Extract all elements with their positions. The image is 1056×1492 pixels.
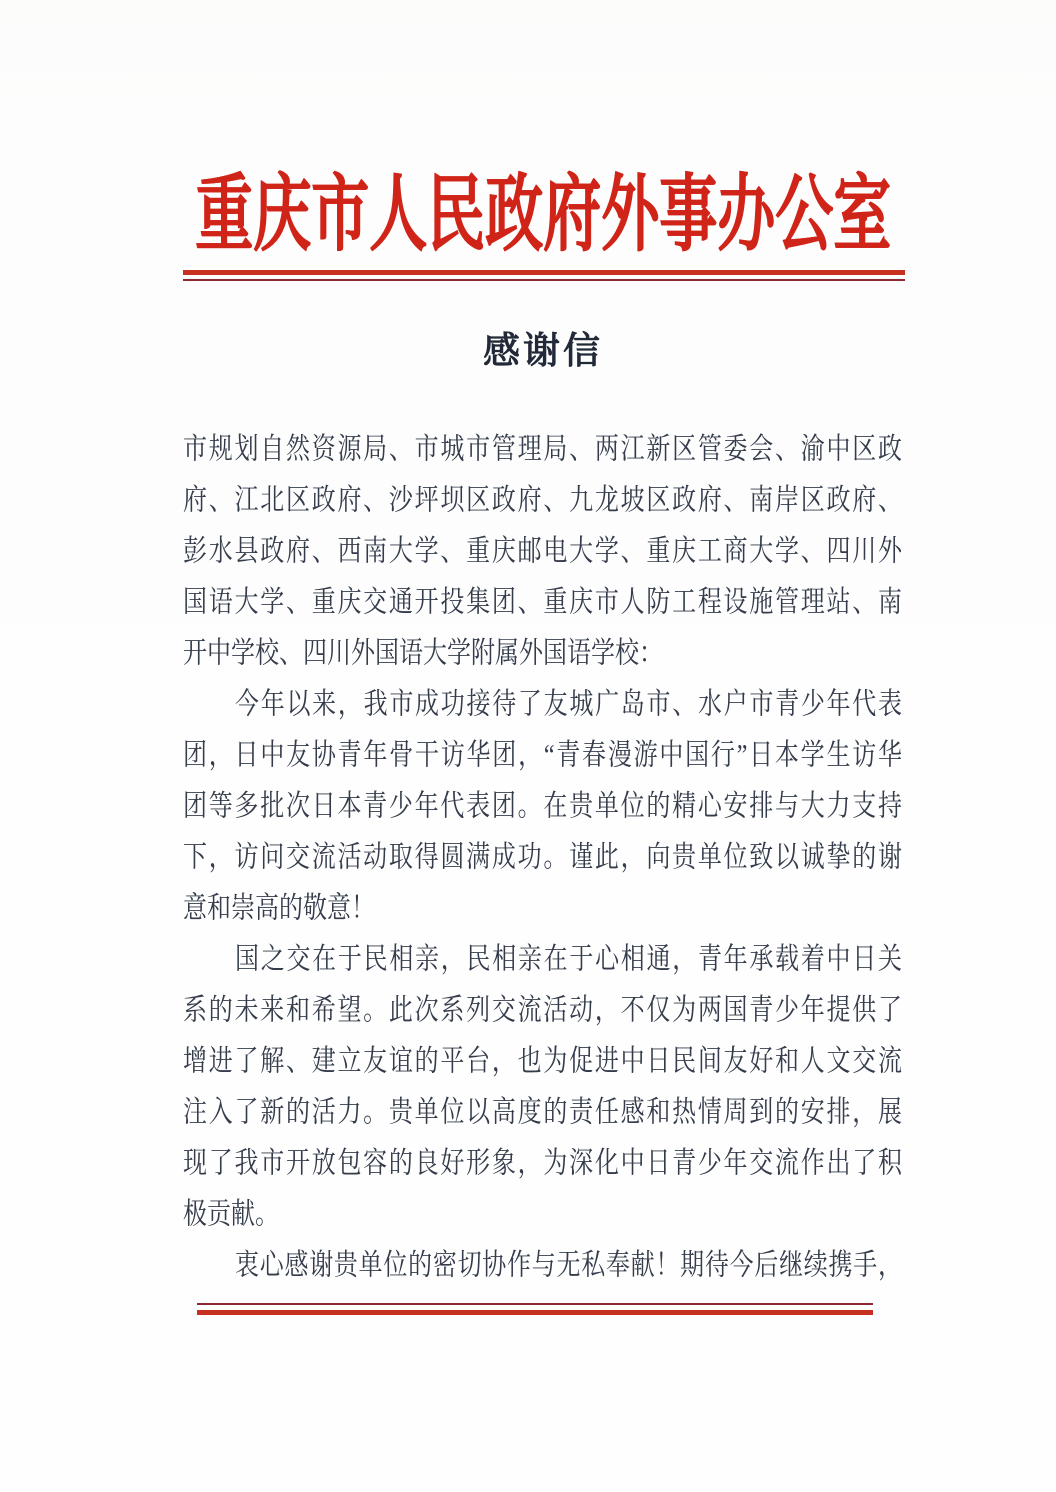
letter-title: 感谢信 bbox=[183, 330, 903, 374]
header-double-rule bbox=[183, 270, 905, 281]
letterhead-title: 重庆市人民政府外事办公室 bbox=[195, 172, 891, 259]
footer-double-rule bbox=[197, 1303, 873, 1315]
letter-body: 市规划自然资源局、市城市管理局、两江新区管委会、渝中区政 府、江北区政府、沙坪坝… bbox=[183, 425, 902, 1292]
footer-rule-thick bbox=[197, 1310, 873, 1315]
letter-page: 重庆市人民政府外事办公室 感谢信 市规划自然资源局、市城市管理局、两江新区管委会… bbox=[0, 0, 1056, 1492]
header-rule-thin bbox=[183, 279, 905, 281]
letterhead: 重庆市人民政府外事办公室 bbox=[183, 172, 903, 232]
body-line: 衷心感谢贵单位的密切协作与无私奉献！期待今后继续携手， bbox=[183, 1235, 902, 1297]
